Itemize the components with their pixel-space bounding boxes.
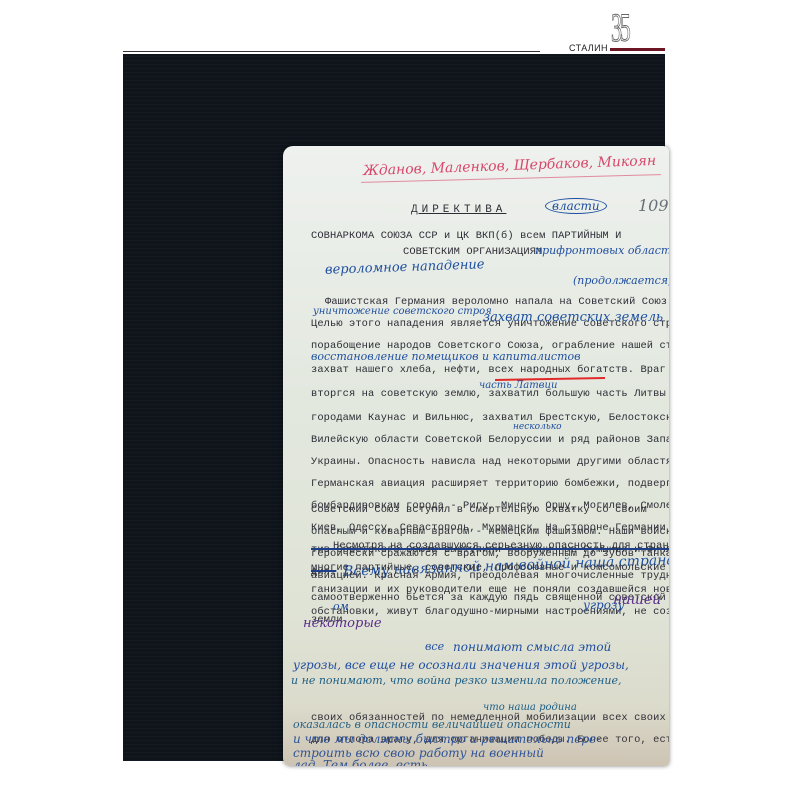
typed-line: многие партийные, советские, профсоюзные… xyxy=(311,562,669,574)
handwritten-insertion: лад. Тем более, есть xyxy=(293,758,428,766)
subheading-line-2: СОВЕТСКИМ ОРГАНИЗАЦИЯМ xyxy=(403,246,542,258)
archival-document-sheet: Жданов, Маленков, Щербаков, Микоян 109 Д… xyxy=(283,146,669,766)
insertion-restoration: восстановление помещиков и капиталистов xyxy=(311,350,581,363)
page-number: 35 xyxy=(611,8,629,48)
handwritten-insertion: оказалась в опасности величайшей опаснос… xyxy=(293,718,571,731)
typed-line: Украины. Опасность нависла над некоторым… xyxy=(311,456,669,468)
insertion-several: несколько xyxy=(513,422,562,432)
typed-line: Вилейскую области Советской Белоруссии и… xyxy=(311,434,669,446)
typed-line: Германская авиация расширяет территорию … xyxy=(311,478,669,490)
typed-line: опасным и коварным врагом - немецким фаш… xyxy=(311,526,669,538)
handwritten-insertion: строить всю свою работу на военный xyxy=(293,746,544,760)
handwritten-insertion: и что мы должны быстро и решительно пере… xyxy=(293,732,600,746)
insertion-vlasti: власти xyxy=(545,198,607,214)
handwritten-insertion: все xyxy=(425,640,444,653)
insertion-continues: (продолжается) xyxy=(573,274,669,287)
insertion-destruction: уничтожение советского строя xyxy=(313,306,492,317)
typed-line: своих обязанностей по немедленной мобили… xyxy=(311,712,669,724)
handwritten-insertion: угрозы, все еще не осознали значения это… xyxy=(293,658,629,672)
typed-line: захват нашего хлеба, нефти, всех народны… xyxy=(311,364,669,376)
typed-line: для отпора врагу, для организации победы… xyxy=(311,734,669,746)
insertion-treacherous-attack: вероломное нападение xyxy=(325,257,485,278)
insertion-seizure: захват советских земель xyxy=(483,310,663,325)
subheading-line-1: СОВНАРКОМА СОЮЗА ССР и ЦК ВКП(б) всем ПА… xyxy=(311,230,621,242)
handwritten-insertion: понимают смысла этой xyxy=(453,640,611,654)
running-head-title: СТАЛИН xyxy=(569,43,608,53)
document-photograph: Жданов, Маленков, Щербаков, Микоян 109 Д… xyxy=(123,54,665,761)
insertion-frontline: прифронтовых областей xyxy=(535,244,669,257)
typed-line: Несмотря на создавшуюся серьезную опасно… xyxy=(333,540,669,552)
typed-line: Советский Союз вступил в смертельную схв… xyxy=(311,504,647,516)
archive-sheet-number: 109 xyxy=(638,196,669,215)
handwritten-insertion: нашей xyxy=(613,592,661,608)
handwritten-insertion: и не понимают, что война резко изменила … xyxy=(291,674,621,687)
document-heading: ДИРЕКТИВА xyxy=(411,204,506,216)
handwritten-insertion: что наша родина xyxy=(483,702,577,713)
typed-line: вторгся на советскую землю, захватил бол… xyxy=(311,388,669,400)
handwritten-insertion: некоторые xyxy=(303,616,382,631)
typed-line: городами Каунас и Вильнюс, захватил Брес… xyxy=(311,412,669,424)
header-rule xyxy=(123,51,540,52)
